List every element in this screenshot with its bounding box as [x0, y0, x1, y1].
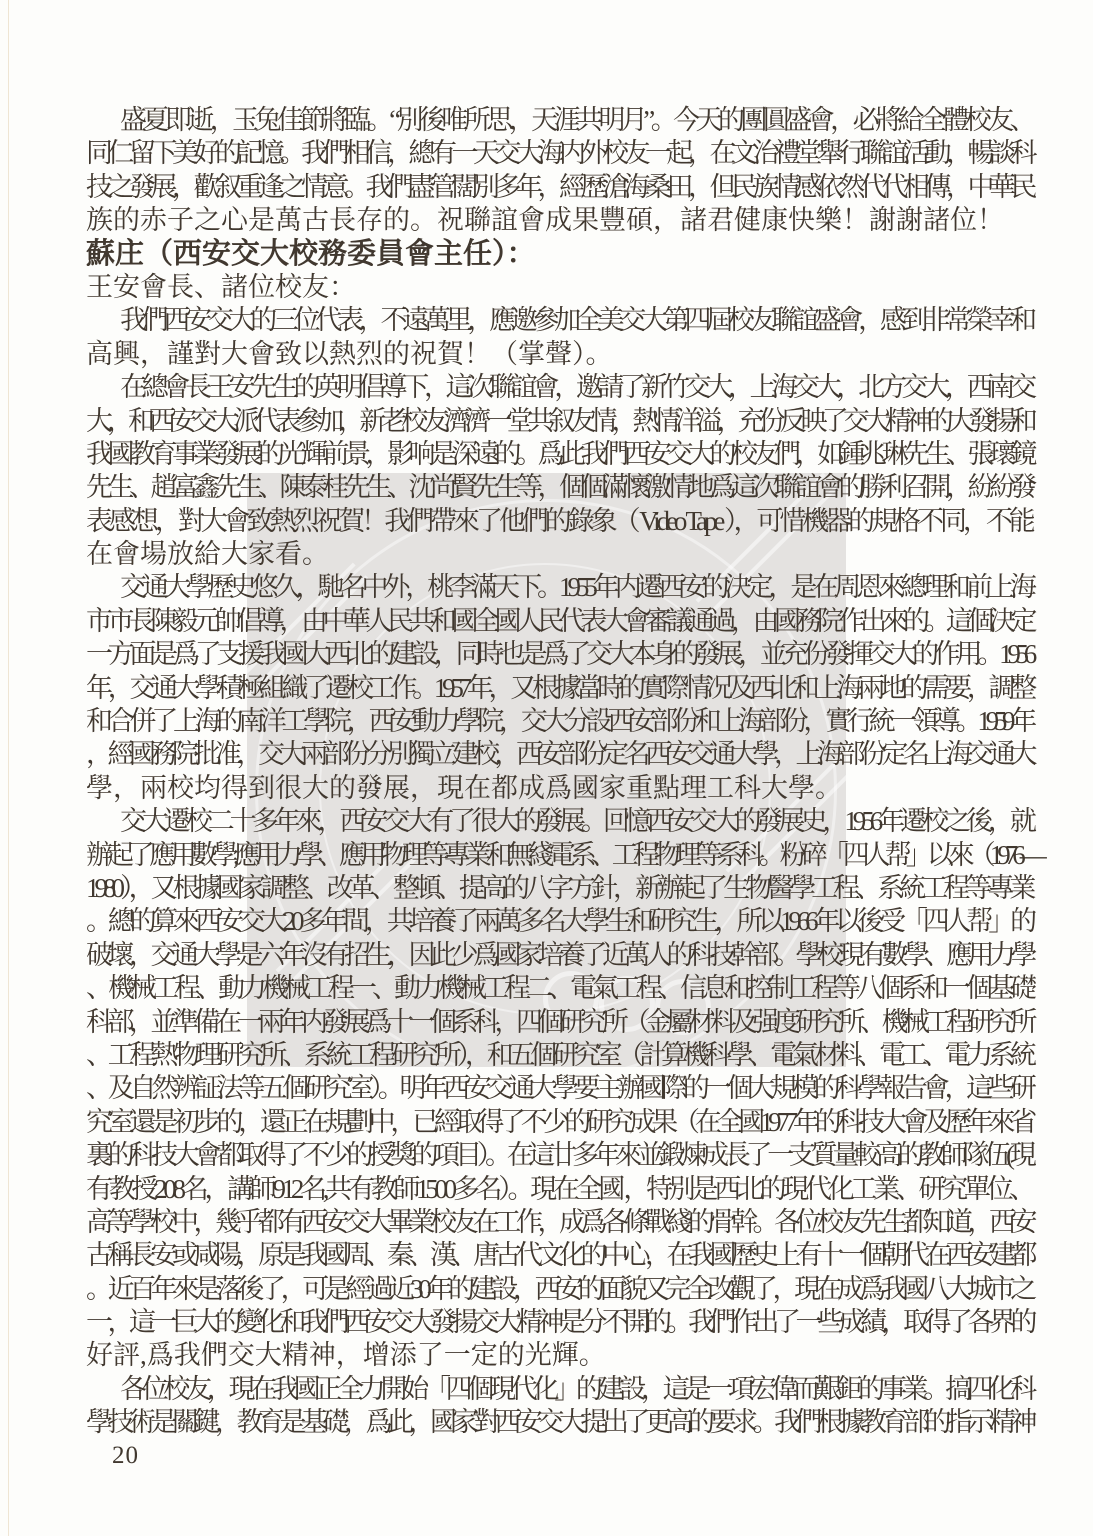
- text-line: 年，交通大學積極組織了遷校工作。1957年，又根據當時的實際情况及西北和上海兩地…: [86, 672, 1032, 705]
- text-line: 究室還是初步的，還正在規劃中，已經取得了不少的研究成果（在全國1977年的科技大…: [86, 1106, 1032, 1139]
- text-line: 在總會長王安先生的英明倡導下，這次聯誼會，邀請了新竹交大，上海交大，北方交大，西…: [86, 371, 1032, 404]
- text-line: 裏的科技大會都取得了不少的授獎的項目）。在這廿多年來並鍛煉成長了一支質量較高的教…: [86, 1139, 1032, 1172]
- text-line: 族的赤子之心是萬古長存的。祝聯誼會成果豐碩，諸君健康快樂！謝謝諸位！: [86, 204, 1032, 237]
- text-block: 盛夏即逝，玉兔佳節將臨。“別後唯所思，天涯共明月”。今天的團圓盛會，必將給全體校…: [86, 104, 1032, 1440]
- text-line: 古稱長安或咸陽，原是我國周、秦、漢、唐古代文化的中心，在我國歷史上有十一個朝代在…: [86, 1239, 1032, 1272]
- text-line: 盛夏即逝，玉兔佳節將臨。“別後唯所思，天涯共明月”。今天的團圓盛會，必將給全體校…: [86, 104, 1032, 137]
- text-line: 交通大學歷史悠久，馳名中外，桃李滿天下。1955年内遷西安的決定，是在周恩來總理…: [86, 571, 1032, 604]
- text-line: 科部，並準備在一兩年内發展爲十一個系科，四個研究所（金屬材料及强度研究所、機械工…: [86, 1006, 1032, 1039]
- text-line: 。近百年來是落後了，可是經過近30年的建設，西安的面貌又完全改觀了，現在成爲我國…: [86, 1273, 1032, 1306]
- page-number: 20: [112, 1442, 139, 1470]
- text-line: 、工程熱物理研究所、系統工程研究所），和五個研究室（計算機科學、電氣材料、電工、…: [86, 1039, 1032, 1072]
- text-line: 1980），又根據國家調整、改革、整頓、提高的八字方針，新辦起了生物醫學工程、系…: [86, 872, 1032, 905]
- text-line: 好評,爲我們交大精神，增添了一定的光輝。: [86, 1339, 1032, 1372]
- text-line: 、及自然辨証法等五個研究室）。明年西安交通大學要主辦國際的一個大規模的科學報告會…: [86, 1072, 1032, 1105]
- text-line: 學技術是關鍵，教育是基礎，爲此，國家對西安交大提出了更高的要求。我們根據教育部的…: [86, 1406, 1032, 1439]
- text-line: 辦起了應用數學,應用力學、應用物理等專業和無綫電系、工程物理等系科。粉碎「四人帮…: [86, 839, 1032, 872]
- text-line: 王安會長、諸位校友：: [86, 271, 1032, 304]
- text-line: 交大遷校二十多年來，西安交大有了很大的發展。回憶西安交大的發展史，1956年遷校…: [86, 805, 1032, 838]
- text-line: 和合併了上海的南洋工學院，西安動力學院，交大分設西安部份和上海部份，實行統一領導…: [86, 705, 1032, 738]
- text-line: 學，兩校均得到很大的發展，現在都成爲國家重點理工科大學。: [86, 772, 1032, 805]
- text-line: 破壞，交通大學是六年沒有招生，因此少爲國家培養了近萬人的科技幹部。學校現有數學、…: [86, 939, 1032, 972]
- scan-edge-line: [8, 0, 9, 1536]
- text-line: 有教授208名，講師912名,共有教師1500多名）。現在全國 ，特別是西北的現…: [86, 1173, 1032, 1206]
- text-line: 各位校友，現在我國正全力開始「四個現代化」的建設，這是一項宏偉而艱鉅的事業。搞四…: [86, 1373, 1032, 1406]
- text-line: 大，和西安交大派代表參加，新老校友濟濟一堂共叙友情，熱情洋溢，充份反映了交大精神…: [86, 405, 1032, 438]
- text-line: 一方面是爲了支援我國大西北的建設，同時也是爲了交大本身的發展，並充份發揮交大的作…: [86, 638, 1032, 671]
- section-heading: 蘇庄（西安交大校務委員會主任）：: [86, 238, 1032, 271]
- text-line: 技之發展，歡叙重逢之情意。我們盡管闊別多年，經歷滄海桑田，但民族情感依然代代相傳…: [86, 171, 1032, 204]
- text-line: 我們西安交大的三位代表，不遠萬里，應邀參加全美交大第四屆校友聯誼盛會，感到非常榮…: [86, 304, 1032, 337]
- text-line: 高等學校中，幾乎都有西安交大畢業校友在工作，成爲各條戰綫的骨幹。各位校友先生都知…: [86, 1206, 1032, 1239]
- text-line: 在會場放給大家看。: [86, 538, 1032, 571]
- text-line: 一，這一巨大的變化和我們西安交大發揚交大精神是分不開的。我們作出了一些成績，取得…: [86, 1306, 1032, 1339]
- text-line: 我國教育事業發展的光輝前景，影响是深遠的。爲此我們西安交大的校友們，如鍾兆琳先生…: [86, 438, 1032, 471]
- text-line: 表感想，對大會致熱烈祝賀！我們帶來了他們的錄象（ Video Tape ），可惜…: [86, 505, 1032, 538]
- scanned-page: 盛夏即逝，玉兔佳節將臨。“別後唯所思，天涯共明月”。今天的團圓盛會，必將給全體校…: [0, 0, 1093, 1536]
- text-line: ，經國務院批准，交大兩部份分別獨立建校，西安部份定名西安交通大學，上海部份定名上…: [86, 738, 1032, 771]
- text-line: 同仁留下美好的記憶。我們相信，總有一天交大海内外校友一起，在文治禮堂舉行聯誼活動…: [86, 137, 1032, 170]
- text-line: 。總的算來西安交大20多年間，共培養了兩萬多名大學生和研究生，所以1966年以後…: [86, 905, 1032, 938]
- text-line: 高興，謹對大會致以熱烈的祝賀！（掌聲）。: [86, 338, 1032, 371]
- text-line: 市市長陳毅元帥倡導，由中華人民共和國全國人民代表大會審議通過，由國務院作出來的。…: [86, 605, 1032, 638]
- text-line: 、機械工程、動力機械工程一、動力機械工程二、電氣工程、信息和控制工程等八個系和一…: [86, 972, 1032, 1005]
- text-line: 先生、趙富鑫先生、陳泰桂先生、沈尚賢先生等，個個滿懷激情地爲這次聯誼會的勝利召開…: [86, 471, 1032, 504]
